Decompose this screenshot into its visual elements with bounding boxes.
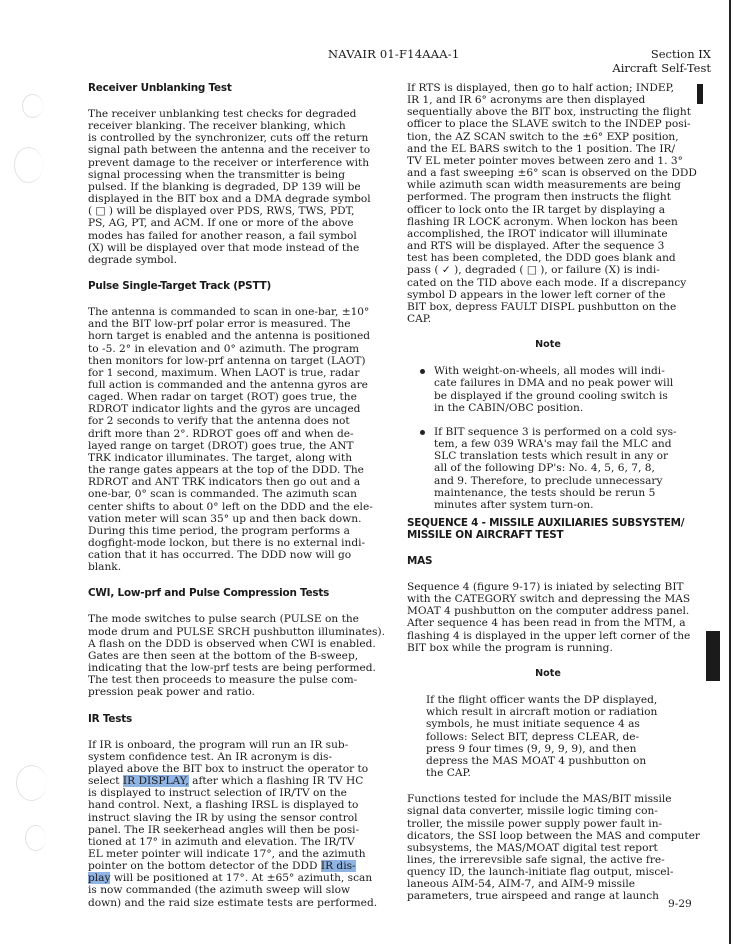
text-line: receiver blanking. The receiver blanking… (88, 120, 384, 132)
text-fragment: will be positioned at 17°. At ±65° azimu… (110, 872, 372, 884)
text-line: down) and the raid size estimate tests a… (88, 897, 384, 909)
text-line: (X) will be displayed over that mode ins… (88, 242, 384, 254)
text-line: signal path between the antenna and the … (88, 144, 384, 156)
text-line: officer to place the SLAVE switch to the… (407, 118, 689, 130)
section-title: Aircraft Self-Test (612, 61, 711, 75)
text-line: indicating that the low-prf tests are be… (88, 662, 384, 674)
text-line: blank. (88, 561, 384, 573)
text-line: Functions tested for include the MAS/BIT… (407, 793, 689, 805)
text-line: A flash on the DDD is observed when CWI … (88, 638, 384, 650)
note-title: Note (407, 339, 689, 351)
text-line: BIT box while the program is running. (407, 642, 689, 654)
bullet-icon (420, 430, 425, 435)
punch-hole-mark (14, 147, 43, 183)
text-line: one-bar, 0° scan is commanded. The azimu… (88, 488, 384, 500)
text-line: panel. The IR seekerhead angles will the… (88, 824, 384, 836)
text-line: then monitors for low-prf antenna on tar… (88, 355, 384, 367)
text-line: PS, AG, PT, and ACM. If one or more of t… (88, 217, 384, 229)
text-line: and the BIT low-prf polar error is measu… (88, 318, 384, 330)
text-line: for 2 seconds to verify that the antenna… (88, 415, 384, 427)
text-line: is controlled by the synchronizer, cuts … (88, 132, 384, 144)
text-line: system confidence test. An IR acronym is… (88, 751, 384, 763)
text-line: prevent damage to the receiver or interf… (88, 157, 384, 169)
text-line: RDROT indicator lights and the gyros are… (88, 403, 384, 415)
section-number: Section IX (612, 47, 711, 61)
text-line: maintenance, the tests should be rerun 5 (434, 487, 689, 499)
text-line: pointer on the bottom detector of the DD… (88, 860, 384, 872)
text-line: which result in aircraft motion or radia… (426, 706, 689, 718)
text-line: degrade symbol. (88, 254, 384, 266)
bullet-icon (420, 369, 425, 374)
text-line: If IR is onboard, the program will run a… (88, 739, 384, 751)
text-line: MOAT 4 pushbutton on the computer addres… (407, 605, 689, 617)
left-column: Receiver Unblanking Test The receiver un… (88, 82, 384, 923)
text-line: while azimuth scan width measurements ar… (407, 179, 689, 191)
text-line: officer to lock onto the IR target by di… (407, 204, 689, 216)
text-line: sequentially above the BIT box, instruct… (407, 106, 689, 118)
text-line: in the CABIN/OBC position. (434, 402, 689, 414)
text-line: dogfight-mode lockon, but there is no ex… (88, 537, 384, 549)
text-line: instruct slaving the IR by using the sen… (88, 812, 384, 824)
text-line: RDROT and ANT TRK indicators then go out… (88, 476, 384, 488)
text-line: hand control. Next, a flashing IRSL is d… (88, 799, 384, 811)
punch-hole-mark (25, 825, 46, 851)
heading-line: SEQUENCE 4 - MISSILE AUXILIARIES SUBSYST… (407, 517, 689, 529)
text-line: CAP. (407, 313, 689, 325)
text-line: The antenna is commanded to scan in one-… (88, 306, 384, 318)
text-line: center shifts to about 0° left on the DD… (88, 501, 384, 513)
text-line: drift more than 2°. RDROT goes off and w… (88, 428, 384, 440)
text-line: Sequence 4 (figure 9-17) is iniated by s… (407, 581, 689, 593)
text-line: for 1 second, maximum. When LAOT is true… (88, 367, 384, 379)
text-line: full action is commanded and the antenna… (88, 379, 384, 391)
text-line: cated on the TID above each mode. If a d… (407, 277, 689, 289)
paragraph-functions-tested: Functions tested for include the MAS/BIT… (407, 793, 689, 902)
text-line: be displayed if the ground cooling switc… (434, 390, 689, 402)
text-line: press 9 four times (9, 9, 9, 9), and the… (426, 743, 689, 755)
text-line: The receiver unblanking test checks for … (88, 108, 384, 120)
text-line: BIT box, depress FAULT DISPL pushbutton … (407, 301, 689, 313)
document-page: NAVAIR 01-F14AAA-1 Section IX Aircraft S… (0, 0, 731, 944)
text-line: TRK indicator illuminates. The target, a… (88, 452, 384, 464)
text-line: pass ( ✓ ), degraded ( □ ), or failure (… (407, 264, 689, 276)
text-line: the range gates appears at the top of th… (88, 464, 384, 476)
text-line: If BIT sequence 3 is performed on a cold… (434, 426, 689, 438)
text-line: IR 1, and IR 6° acronyms are then displa… (407, 94, 689, 106)
text-line: and a fast sweeping ±6° scan is observed… (407, 167, 689, 179)
text-line: parameters, true airspeed and range at l… (407, 890, 689, 902)
change-bar (697, 84, 703, 104)
text-line: laneous AIM-54, AIM-7, and AIM-9 missile (407, 878, 689, 890)
text-line: with the CATEGORY switch and depressing … (407, 593, 689, 605)
text-line: tioned at 17° in azimuth and elevation. … (88, 836, 384, 848)
text-line: performed. The program then instructs th… (407, 191, 689, 203)
text-line: The mode switches to pulse search (PULSE… (88, 613, 384, 625)
text-line: ( □ ) will be displayed over PDS, RWS, T… (88, 205, 384, 217)
text-line: During this time period, the program per… (88, 525, 384, 537)
text-line: test has been completed, the DDD goes bl… (407, 252, 689, 264)
punch-hole-mark (22, 94, 43, 118)
text-line: to -5. 2° in elevation and 0° azimuth. T… (88, 343, 384, 355)
text-line: mode drum and PULSE SRCH pushbutton illu… (88, 626, 384, 638)
text-line: caged. When radar on target (ROT) goes t… (88, 391, 384, 403)
text-line: symbols, he must initiate sequence 4 as (426, 718, 689, 730)
text-line: played above the BIT box to instruct the… (88, 763, 384, 775)
text-line: select IR DISPLAY, after which a flashin… (88, 775, 384, 787)
text-line: all of the following DP's: No. 4, 5, 6, … (434, 462, 689, 474)
paragraph-receiver-unblanking: The receiver unblanking test checks for … (88, 108, 384, 266)
text-line: SLC translation tests which result in an… (434, 450, 689, 462)
text-line: symbol D appears in the lower left corne… (407, 289, 689, 301)
heading-sequence-4: SEQUENCE 4 - MISSILE AUXILIARIES SUBSYST… (407, 517, 689, 541)
note-bullet: If BIT sequence 3 is performed on a cold… (407, 426, 689, 511)
text-line: signal processing when the transmitter i… (88, 169, 384, 181)
text-line: If RTS is displayed, then go to half act… (407, 82, 689, 94)
text-line: and the EL BARS switch to the 1 position… (407, 143, 689, 155)
text-line: subsystems, the MAS/MOAT digital test re… (407, 842, 689, 854)
paragraph-ir-tests: If IR is onboard, the program will run a… (88, 739, 384, 909)
text-line: troller, the missile power supply power … (407, 818, 689, 830)
paragraph-mas: Sequence 4 (figure 9-17) is iniated by s… (407, 581, 689, 654)
text-line: is now commanded (the azimuth sweep will… (88, 884, 384, 896)
text-line: layed range on target (DROT) goes true, … (88, 440, 384, 452)
text-line: signal data converter, missile logic tim… (407, 805, 689, 817)
note-bullet: With weight-on-wheels, all modes will in… (407, 365, 689, 414)
text-line: is displayed to instruct selection of IR… (88, 787, 384, 799)
page-number: 9-29 (668, 898, 692, 910)
text-line: displayed in the BIT box and a DMA degra… (88, 193, 384, 205)
text-fragment: select (88, 775, 123, 787)
paragraph-cwi-tests: The mode switches to pulse search (PULSE… (88, 613, 384, 698)
change-bar (706, 631, 720, 681)
text-line: cation that it has occurred. The DDD now… (88, 549, 384, 561)
text-line: pulsed. If the blanking is degraded, DP … (88, 181, 384, 193)
text-line: tion, the AZ SCAN switch to the ±6° EXP … (407, 131, 689, 143)
selected-text-highlight[interactable]: IR dis- (321, 860, 356, 872)
text-line: quency ID, the launch-initiate flag outp… (407, 866, 689, 878)
text-fragment: after which a flashing IR TV HC (189, 775, 364, 787)
text-line: pression peak power and ratio. (88, 686, 384, 698)
paragraph-pstt: The antenna is commanded to scan in one-… (88, 306, 384, 573)
text-fragment: pointer on the bottom detector of the DD… (88, 860, 321, 872)
text-line: vation meter will scan 35° up and then b… (88, 513, 384, 525)
text-line: dicators, the SSI loop between the MAS a… (407, 830, 689, 842)
heading-pstt: Pulse Single-Target Track (PSTT) (88, 280, 384, 292)
note-bullet-list: With weight-on-wheels, all modes will in… (407, 365, 689, 511)
heading-mas: MAS (407, 555, 689, 567)
text-line: Gates are then seen at the bottom of the… (88, 650, 384, 662)
text-line: TV EL meter pointer moves between zero a… (407, 155, 689, 167)
text-line: and 9. Therefore, to preclude unnecessar… (434, 475, 689, 487)
heading-cwi-tests: CWI, Low-prf and Pulse Compression Tests (88, 587, 384, 599)
text-line: follows: Select BIT, depress CLEAR, de- (426, 731, 689, 743)
text-line: horn target is enabled and the antenna i… (88, 330, 384, 342)
text-line: After sequence 4 has been read in from t… (407, 617, 689, 629)
text-line: flashing IR LOCK acronym. When lockon ha… (407, 216, 689, 228)
text-line: depress the MAS MOAT 4 pushbutton on (426, 755, 689, 767)
text-line: play will be positioned at 17°. At ±65° … (88, 872, 384, 884)
right-column: If RTS is displayed, then go to half act… (407, 82, 689, 917)
heading-line: MISSILE ON AIRCRAFT TEST (407, 529, 689, 541)
text-line: If the flight officer wants the DP displ… (426, 694, 689, 706)
text-line: cate failures in DMA and no peak power w… (434, 377, 689, 389)
text-line: lines, the irrerevsible safe signal, the… (407, 854, 689, 866)
text-line: flashing 4 is displayed in the upper lef… (407, 630, 689, 642)
text-line: tem, a few 039 WRA's may fail the MLC an… (434, 438, 689, 450)
text-line: the CAP. (426, 767, 689, 779)
note-body: If the flight officer wants the DP displ… (407, 694, 689, 779)
heading-receiver-unblanking: Receiver Unblanking Test (88, 82, 384, 94)
selected-text-highlight[interactable]: play (88, 872, 110, 884)
text-line: accomplished, the IROT indicator will il… (407, 228, 689, 240)
text-line: EL meter pointer will indicate 17°, and … (88, 848, 384, 860)
text-line: and RTS will be displayed. After the seq… (407, 240, 689, 252)
text-line: The test then proceeds to measure the pu… (88, 674, 384, 686)
text-line: modes has failed for another reason, a f… (88, 230, 384, 242)
paragraph-rts: If RTS is displayed, then go to half act… (407, 82, 689, 325)
selected-text-highlight[interactable]: IR DISPLAY, (123, 775, 189, 787)
section-header: Section IX Aircraft Self-Test (612, 47, 711, 75)
note-title: Note (407, 668, 689, 680)
heading-ir-tests: IR Tests (88, 713, 384, 725)
text-line: minutes after system turn-on. (434, 499, 689, 511)
text-line: With weight-on-wheels, all modes will in… (434, 365, 689, 377)
punch-hole-mark (16, 765, 47, 801)
document-id: NAVAIR 01-F14AAA-1 (328, 47, 459, 61)
